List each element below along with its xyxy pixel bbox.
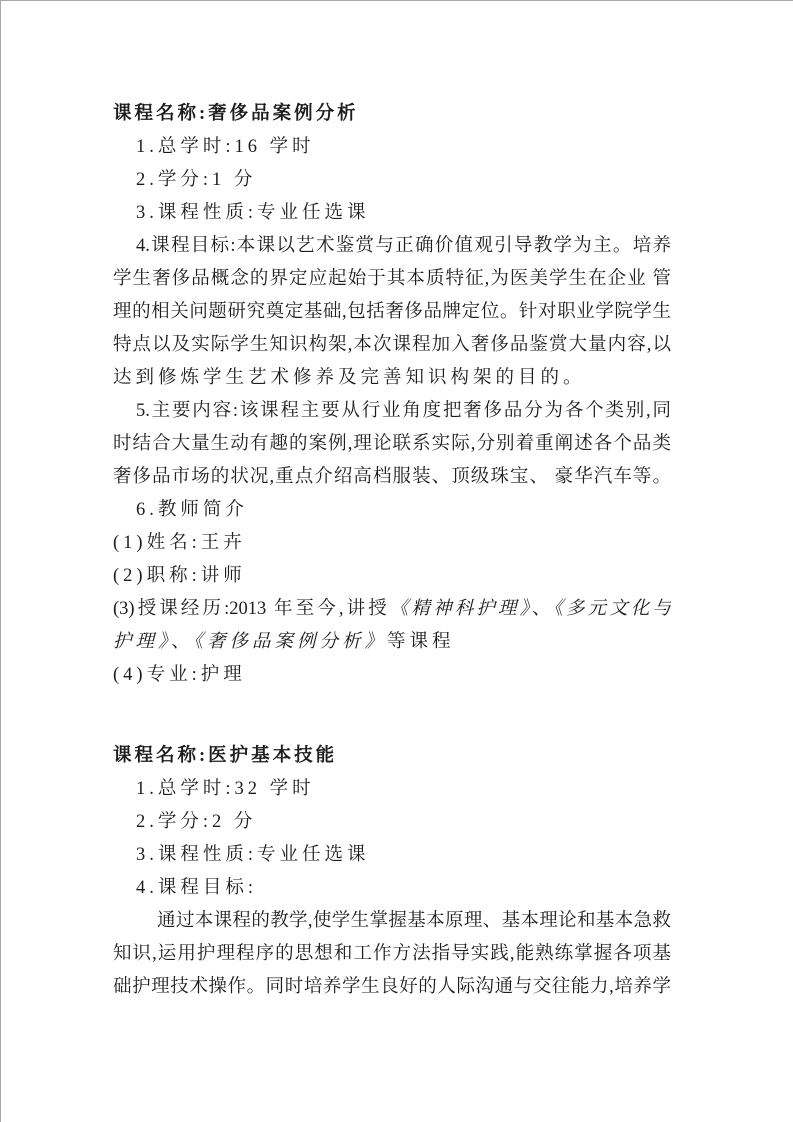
text-run: 础护理技术操作。同时培养学生良好的人际沟通与交往能力,培养学: [113, 977, 671, 997]
text-line: 3.课程性质:专业任选课: [113, 197, 671, 230]
text-run: 知识,运用护理程序的思想和工作方法指导实践,能熟练掌握各项基: [113, 944, 671, 964]
text-run: 、: [532, 599, 554, 619]
book-title-emphasis: 《多元文化与: [554, 599, 671, 619]
text-line: 时结合大量生动有趣的案例,理论联系实际,分别着重阐述各个品类: [113, 428, 671, 461]
text-run: 2.学分:2 分: [136, 812, 256, 832]
text-run: 1.总学时:32 学时: [136, 779, 315, 799]
text-run: 1.总学时:16 学时: [136, 137, 315, 157]
text-line: 3.课程性质:专业任选课: [113, 839, 671, 872]
text-line: 1.总学时:32 学时: [113, 773, 671, 806]
course-title-2: 课程名称:医护基本技能: [113, 740, 671, 773]
text-run: 达到修炼学生艺术修养及完善知识构架的目的。: [113, 368, 586, 388]
text-line: 学生奢侈品概念的界定应起始于其本质特征,为医美学生在企业 管: [113, 263, 671, 296]
text-line: 2.学分:1 分: [113, 164, 671, 197]
text-run: 等课程: [387, 632, 455, 652]
text-line: 5.主要内容:该课程主要从行业角度把奢侈品分为各个类别,同: [113, 395, 671, 428]
document-content: 课程名称:奢侈品案例分析1.总学时:16 学时2.学分:1 分3.课程性质:专业…: [1, 1, 793, 1004]
text-run: 6.教师简介: [136, 500, 248, 520]
document-page: 课程名称:奢侈品案例分析1.总学时:16 学时2.学分:1 分3.课程性质:专业…: [0, 0, 793, 1122]
book-title-emphasis: 护理》: [113, 632, 171, 652]
text-line: 知识,运用护理程序的思想和工作方法指导实践,能熟练掌握各项基: [113, 938, 671, 971]
course-title-1: 课程名称:奢侈品案例分析: [113, 98, 671, 131]
section-gap: [113, 692, 671, 740]
text-run: 3.课程性质:专业任选课: [136, 845, 370, 865]
text-line: (1)姓名:王卉: [113, 527, 671, 560]
text-line: 达到修炼学生艺术修养及完善知识构架的目的。: [113, 362, 671, 395]
text-run: 学生奢侈品概念的界定应起始于其本质特征,为医美学生在企业 管: [113, 269, 671, 289]
text-line: (4)专业:护理: [113, 659, 671, 692]
text-run: 4.课程目标:本课以艺术鉴赏与正确价值观引导教学为主。培养: [136, 236, 671, 256]
text-line: 理的相关问题研究奠定基础,包括奢侈品牌定位。针对职业学院学生: [113, 296, 671, 329]
text-run: (3)授课经历:2013 年至今,讲授: [113, 599, 390, 619]
text-run: 4.课程目标:: [136, 878, 257, 898]
text-line: 4.课程目标:: [113, 872, 671, 905]
text-line: 2.学分:2 分: [113, 806, 671, 839]
text-run: (4)专业:护理: [113, 665, 246, 685]
text-run: 奢侈品市场的状况,重点介绍高档服装、顶级珠宝、 豪华汽车等。: [113, 467, 671, 487]
text-line: (3)授课经历:2013 年至今,讲授《精神科护理》、《多元文化与: [113, 593, 671, 626]
text-run: 时结合大量生动有趣的案例,理论联系实际,分别着重阐述各个品类: [113, 434, 671, 454]
text-line: 础护理技术操作。同时培养学生良好的人际沟通与交往能力,培养学: [113, 971, 671, 1004]
text-line: 奢侈品市场的状况,重点介绍高档服装、顶级珠宝、 豪华汽车等。: [113, 461, 671, 494]
book-title-emphasis: 《精神科护理》: [390, 599, 532, 619]
text-run: (1)姓名:王卉: [113, 533, 246, 553]
text-line: (2)职称:讲师: [113, 560, 671, 593]
text-line: 1.总学时:16 学时: [113, 131, 671, 164]
text-run: 特点以及实际学生知识构架,本次课程加入奢侈品鉴赏大量内容,以: [113, 335, 671, 355]
text-run: 2.学分:1 分: [136, 170, 256, 190]
text-run: 3.课程性质:专业任选课: [136, 203, 370, 223]
book-title-emphasis: 《奢侈品案例分析》: [194, 632, 387, 652]
text-run: 5.主要内容:该课程主要从行业角度把奢侈品分为各个类别,同: [136, 401, 671, 421]
text-line: 特点以及实际学生知识构架,本次课程加入奢侈品鉴赏大量内容,以: [113, 329, 671, 362]
text-line: 6.教师简介: [113, 494, 671, 527]
text-run: (2)职称:讲师: [113, 566, 246, 586]
text-run: 、: [171, 632, 194, 652]
text-run: 通过本课程的教学,使学生掌握基本原理、基本理论和基本急救: [157, 911, 671, 931]
text-run: 理的相关问题研究奠定基础,包括奢侈品牌定位。针对职业学院学生: [113, 302, 671, 322]
text-run: 课程名称:医护基本技能: [113, 746, 337, 766]
text-line: 通过本课程的教学,使学生掌握基本原理、基本理论和基本急救: [113, 905, 671, 938]
text-line: 护理》、《奢侈品案例分析》等课程: [113, 626, 671, 659]
text-run: 课程名称:奢侈品案例分析: [113, 104, 359, 124]
text-line: 4.课程目标:本课以艺术鉴赏与正确价值观引导教学为主。培养: [113, 230, 671, 263]
